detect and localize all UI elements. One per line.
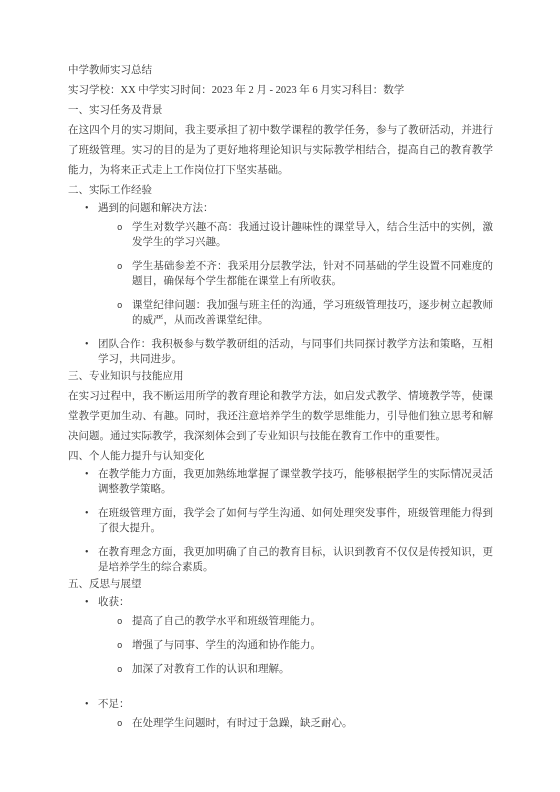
circle-bullet-icon: o — [117, 615, 122, 630]
section-heading-5: 五、反思与展望 — [68, 575, 493, 595]
list-item-text: 在班级管理方面，我学会了如何与学生沟通、如何处理突发事件，班级管理能力得到了很大… — [98, 508, 493, 534]
list-subitem: o 提高了自己的教学水平和班级管理能力。 — [98, 614, 493, 629]
list-subitem-text: 提高了自己的教学水平和班级管理能力。 — [132, 616, 321, 627]
document-page: 中学教师实习总结 实习学校：XX 中学实习时间：2023 年 2 月 - 202… — [0, 0, 560, 792]
list-item: • 团队合作：我积极参与数学教研组的活动，与同事们共同探讨教学方法和策略，互相学… — [68, 337, 493, 367]
list-item-text: 在教育理念方面，我更加明确了自己的教育目标，认识到教育不仅仅是传授知识，更是培养… — [98, 547, 493, 573]
section-heading-2: 二、实际工作经验 — [68, 181, 493, 201]
circle-bullet-icon: o — [117, 717, 122, 732]
list-item: • 不足： o 在处理学生问题时，有时过于急躁，缺乏耐心。 — [68, 697, 493, 731]
section-heading-3: 三、专业知识与技能应用 — [68, 367, 493, 387]
section-heading-1: 一、实习任务及背景 — [68, 101, 493, 121]
document-meta: 实习学校：XX 中学实习时间：2023 年 2 月 - 2023 年 6 月实习… — [68, 81, 493, 101]
document-title: 中学教师实习总结 — [68, 61, 493, 81]
circle-bullet-icon: o — [117, 663, 122, 678]
list-item: • 遇到的问题和解决方法： o 学生对数学兴趣不高：我通过设计趣味性的课堂导入，… — [68, 201, 493, 328]
list-item: • 在教育理念方面，我更加明确了自己的教育目标，认识到教育不仅仅是传授知识，更是… — [68, 545, 493, 575]
list-subitem-text: 加深了对教育工作的认识和理解。 — [132, 664, 290, 675]
list-item: • 在班级管理方面，我学会了如何与学生沟通、如何处理突发事件，班级管理能力得到了… — [68, 506, 493, 536]
section-paragraph-1: 在这四个月的实习期间，我主要承担了初中数学课程的教学任务，参与了教研活动，并进行… — [68, 121, 493, 181]
list-subitem: o 课堂纪律问题：我加强与班主任的沟通，学习班级管理技巧，逐步树立起教师的威严，… — [98, 298, 493, 328]
bullet-icon: • — [85, 467, 89, 482]
section-4-list: • 在教学能力方面，我更加熟练地掌握了课堂教学技巧，能够根据学生的实际情况灵活调… — [68, 467, 493, 575]
list-item-text: 不足： — [98, 699, 130, 710]
sublist: o 提高了自己的教学水平和班级管理能力。 o 增强了与同事、学生的沟通和协作能力… — [98, 614, 493, 677]
section-2-list: • 遇到的问题和解决方法： o 学生对数学兴趣不高：我通过设计趣味性的课堂导入，… — [68, 201, 493, 367]
list-item: • 在教学能力方面，我更加熟练地掌握了课堂教学技巧，能够根据学生的实际情况灵活调… — [68, 467, 493, 497]
section-5-list: • 收获： o 提高了自己的教学水平和班级管理能力。 o 增强了与同事、学生的沟… — [68, 595, 493, 731]
list-item-text: 在教学能力方面，我更加熟练地掌握了课堂教学技巧，能够根据学生的实际情况灵活调整教… — [98, 469, 493, 495]
bullet-icon: • — [85, 697, 89, 712]
bullet-icon: • — [85, 201, 89, 216]
list-subitem-text: 在处理学生问题时，有时过于急躁，缺乏耐心。 — [132, 718, 353, 729]
bullet-icon: • — [85, 506, 89, 521]
sublist: o 学生对数学兴趣不高：我通过设计趣味性的课堂导入，结合生活中的实例，激发学生的… — [98, 220, 493, 328]
section-paragraph-3: 在实习过程中，我不断运用所学的教育理论和教学方法，如启发式教学、情境教学等，使课… — [68, 387, 493, 447]
sublist: o 在处理学生问题时，有时过于急躁，缺乏耐心。 — [98, 716, 493, 731]
list-item-text: 团队合作：我积极参与数学教研组的活动，与同事们共同探讨教学方法和策略，互相学习，… — [98, 339, 493, 365]
list-subitem: o 学生对数学兴趣不高：我通过设计趣味性的课堂导入，结合生活中的实例，激发学生的… — [98, 220, 493, 250]
list-item-text: 遇到的问题和解决方法： — [98, 203, 214, 214]
circle-bullet-icon: o — [117, 260, 122, 275]
section-heading-4: 四、个人能力提升与认知变化 — [68, 447, 493, 467]
bullet-icon: • — [85, 595, 89, 610]
list-subitem: o 在处理学生问题时，有时过于急躁，缺乏耐心。 — [98, 716, 493, 731]
list-subitem: o 加深了对教育工作的认识和理解。 — [98, 662, 493, 677]
list-subitem-text: 课堂纪律问题：我加强与班主任的沟通，学习班级管理技巧，逐步树立起教师的威严，从而… — [132, 300, 493, 326]
list-subitem-text: 增强了与同事、学生的沟通和协作能力。 — [132, 640, 321, 651]
list-subitem: o 学生基础参差不齐：我采用分层教学法，针对不同基础的学生设置不同难度的题目，确… — [98, 259, 493, 289]
list-subitem-text: 学生对数学兴趣不高：我通过设计趣味性的课堂导入，结合生活中的实例，激发学生的学习… — [132, 222, 493, 248]
circle-bullet-icon: o — [117, 639, 122, 654]
circle-bullet-icon: o — [117, 221, 122, 236]
bullet-icon: • — [85, 545, 89, 560]
bullet-icon: • — [85, 337, 89, 352]
list-item: • 收获： o 提高了自己的教学水平和班级管理能力。 o 增强了与同事、学生的沟… — [68, 595, 493, 677]
list-subitem-text: 学生基础参差不齐：我采用分层教学法，针对不同基础的学生设置不同难度的题目，确保每… — [132, 261, 493, 287]
list-item-text: 收获： — [98, 597, 130, 608]
circle-bullet-icon: o — [117, 299, 122, 314]
list-subitem: o 增强了与同事、学生的沟通和协作能力。 — [98, 638, 493, 653]
